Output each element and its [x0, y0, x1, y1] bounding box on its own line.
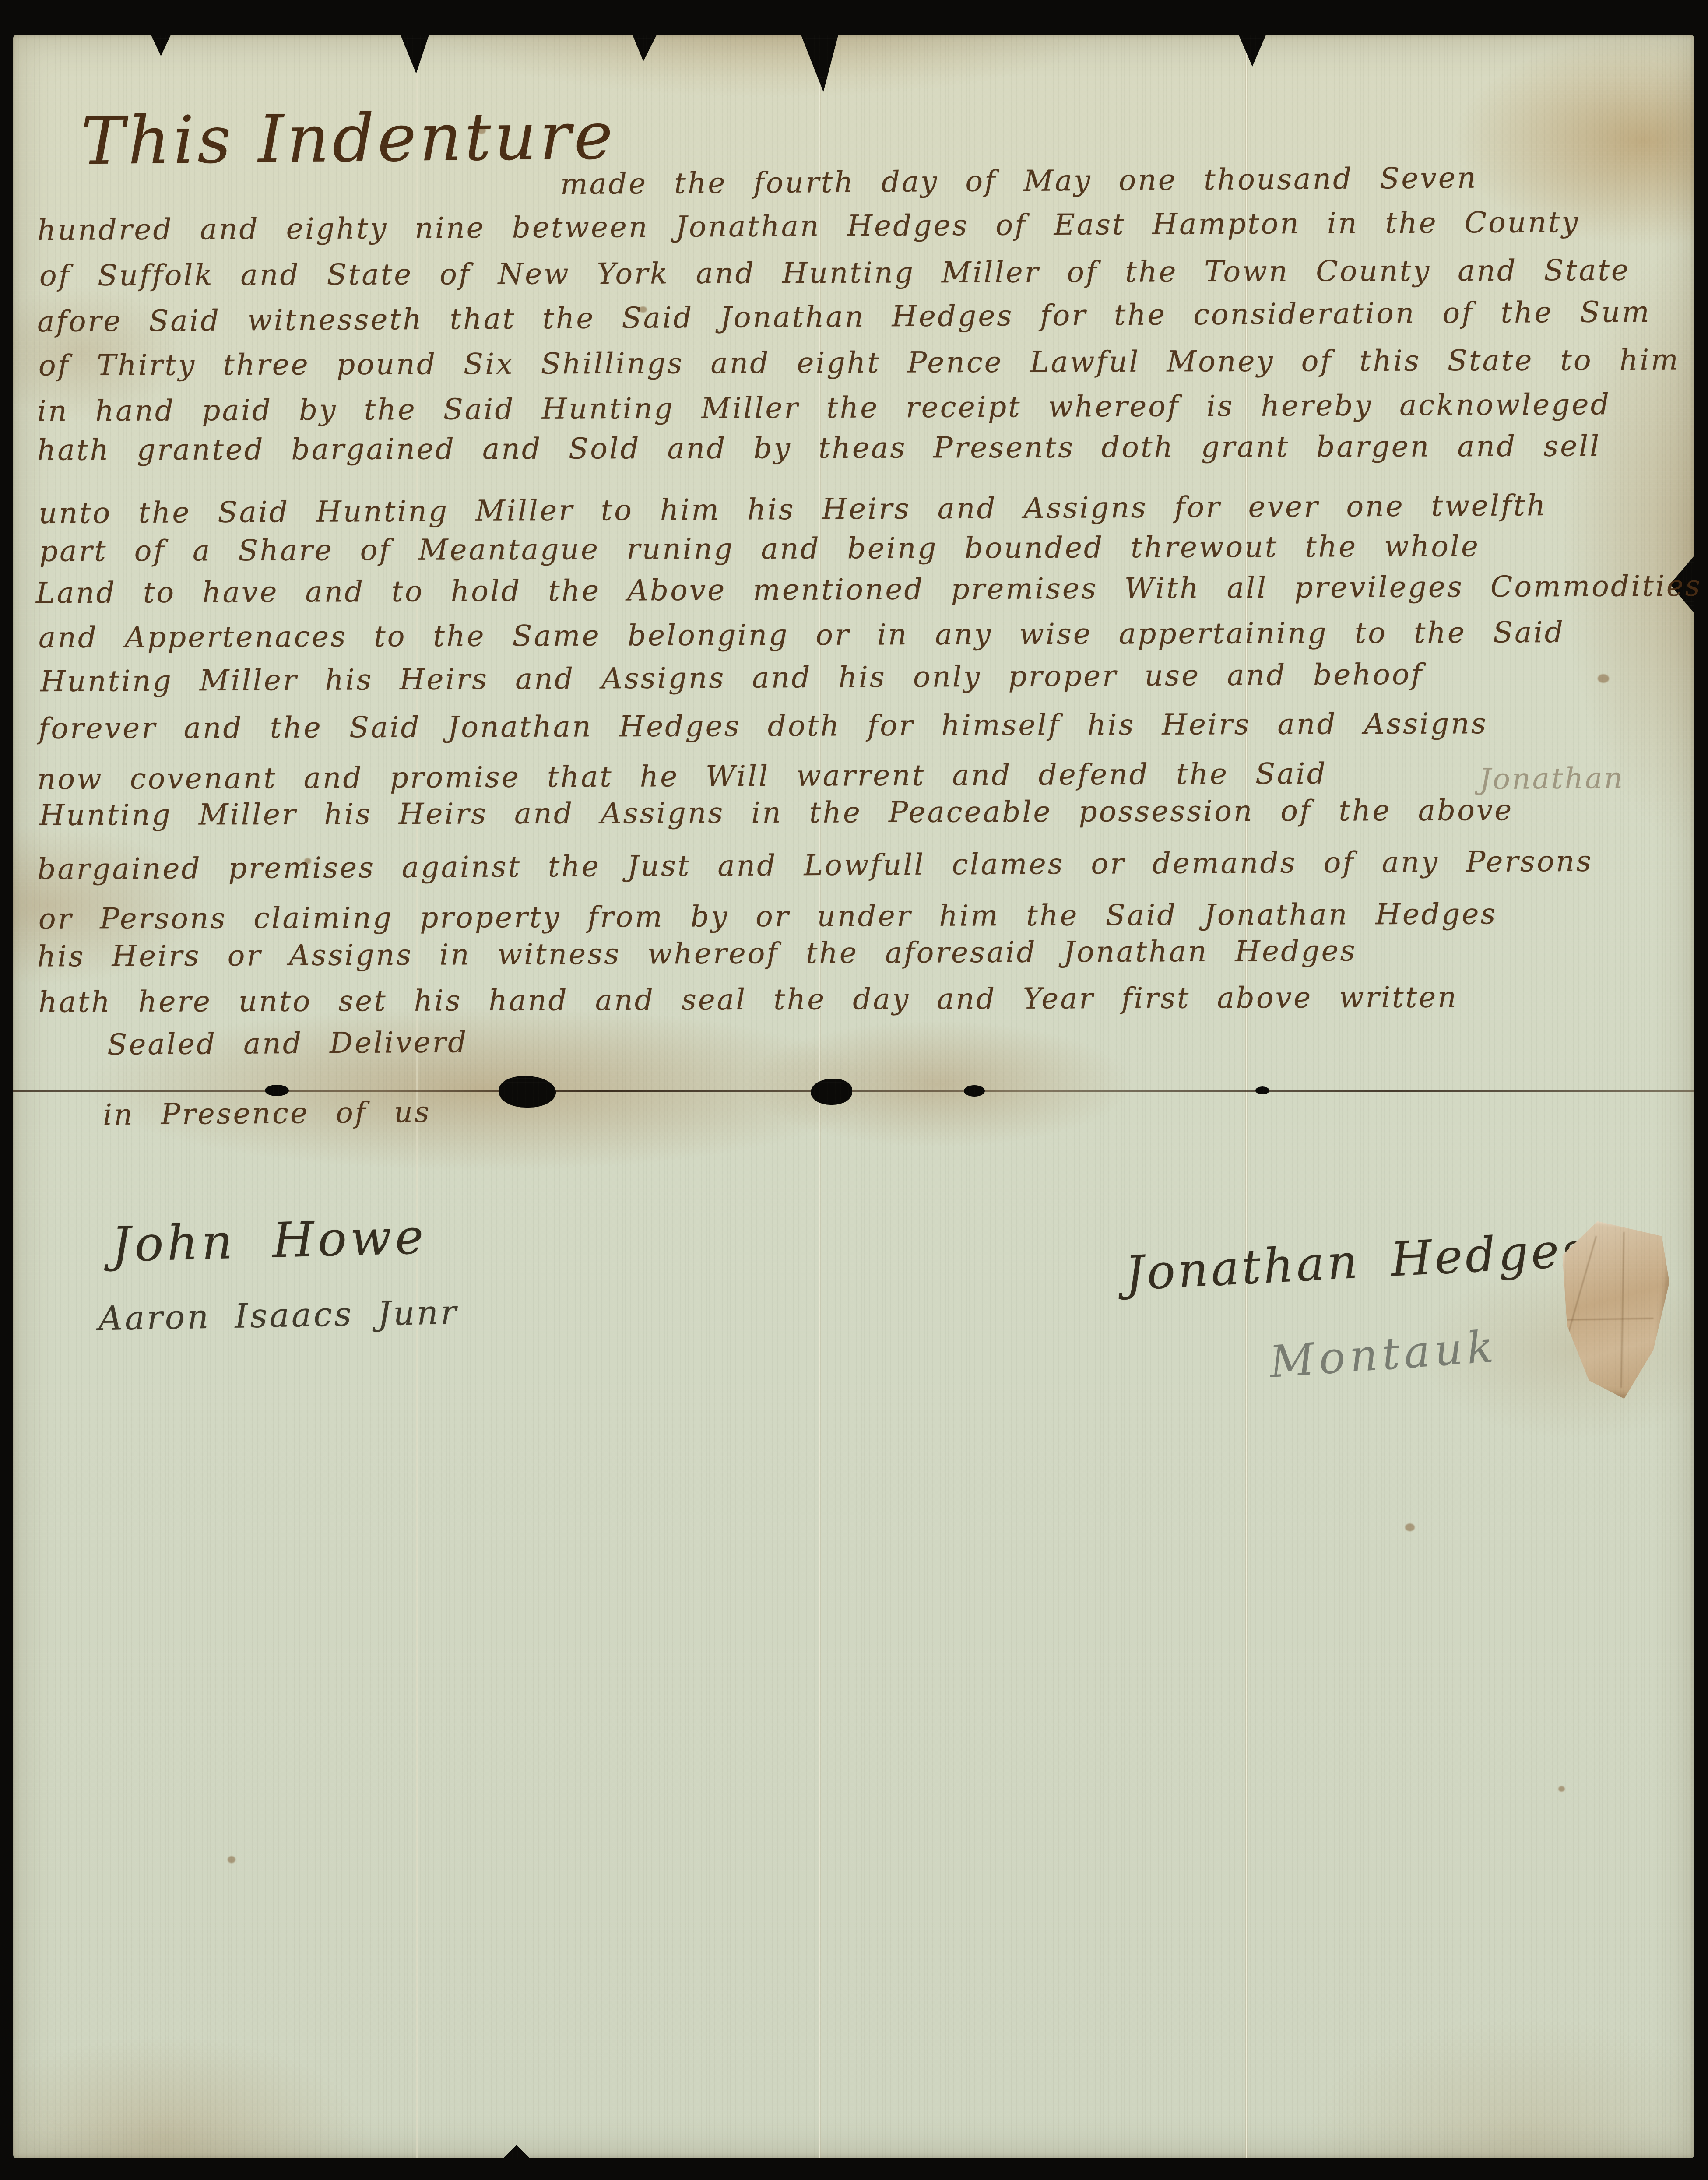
document-line: part of a Share of Meantague runing and … — [39, 529, 1480, 568]
fold-tear-hole — [811, 1079, 852, 1105]
pencil-annotation-montauk: Montauk — [1268, 1321, 1500, 1388]
fox-spot — [1598, 674, 1609, 683]
document-line: of Thirty three pound Six Shillings and … — [39, 343, 1680, 382]
document-line: hath granted bargained and Sold and by t… — [37, 429, 1601, 467]
witness-signature-john-howe: John Howe — [111, 1209, 427, 1273]
seal-crease-line — [1620, 1232, 1624, 1387]
edge-tear-notch — [1239, 35, 1266, 67]
edge-tear-notch — [401, 35, 429, 74]
document-line: bargained premises against the Just and … — [37, 844, 1593, 886]
fold-tear-hole — [1255, 1086, 1269, 1094]
document-line: in hand paid by the Said Hunting Miller … — [37, 387, 1611, 428]
witness-signature-aaron-isaacs: Aaron Isaacs Junr — [98, 1293, 459, 1338]
document-line: made the fourth day of May one thousand … — [560, 161, 1478, 201]
document-line: of Suffolk and State of New York and Hun… — [39, 253, 1630, 293]
seal-crease-line — [1566, 1318, 1653, 1320]
opening-script-word: This Indenture — [81, 98, 616, 180]
fold-tear-hole — [964, 1085, 985, 1097]
seal-crease-line — [1557, 1236, 1597, 1369]
document-line: Hunting Miller his Heirs and Assigns in … — [39, 793, 1513, 832]
photograph-background: This Indenture made the fourth day of Ma… — [0, 0, 1708, 2180]
document-paper: This Indenture made the fourth day of Ma… — [13, 35, 1694, 2158]
fox-spot — [1558, 1786, 1565, 1792]
document-line: afore Said witnesseth that the Said Jona… — [37, 295, 1651, 339]
document-line: and Appertenaces to the Same belonging o… — [39, 615, 1565, 654]
edge-tear-notch — [633, 35, 657, 61]
document-line: hath here unto set his hand and seal the… — [39, 980, 1458, 1019]
document-line: his Heirs or Assigns in witness whereof … — [37, 934, 1357, 973]
closing-line: in Presence of us — [103, 1095, 431, 1132]
fox-spot — [1405, 1523, 1415, 1531]
fox-spot — [228, 1856, 235, 1863]
document-line: or Persons claiming property from by or … — [39, 897, 1497, 936]
document-line-faded-word: Jonathan — [1480, 761, 1624, 796]
document-line: unto the Said Hunting Miller to him his … — [39, 489, 1547, 530]
document-line: Land to have and to hold the Above menti… — [36, 569, 1702, 610]
fold-tear-hole — [265, 1085, 289, 1096]
document-line: hundred and eighty nine between Jonathan… — [37, 205, 1580, 247]
document-line: forever and the Said Jonathan Hedges dot… — [39, 707, 1488, 745]
edge-tear-notch — [503, 2145, 530, 2158]
closing-line: Sealed and Deliverd — [107, 1025, 468, 1062]
edge-tear-notch — [151, 35, 171, 56]
document-line: Hunting Miller his Heirs and Assigns and… — [40, 658, 1423, 699]
grantor-signature-jonathan-hedges: Jonathan Hedges — [1124, 1222, 1589, 1301]
fold-tear-hole — [499, 1076, 556, 1108]
document-line: now covenant and promise that he Will wa… — [37, 757, 1327, 796]
